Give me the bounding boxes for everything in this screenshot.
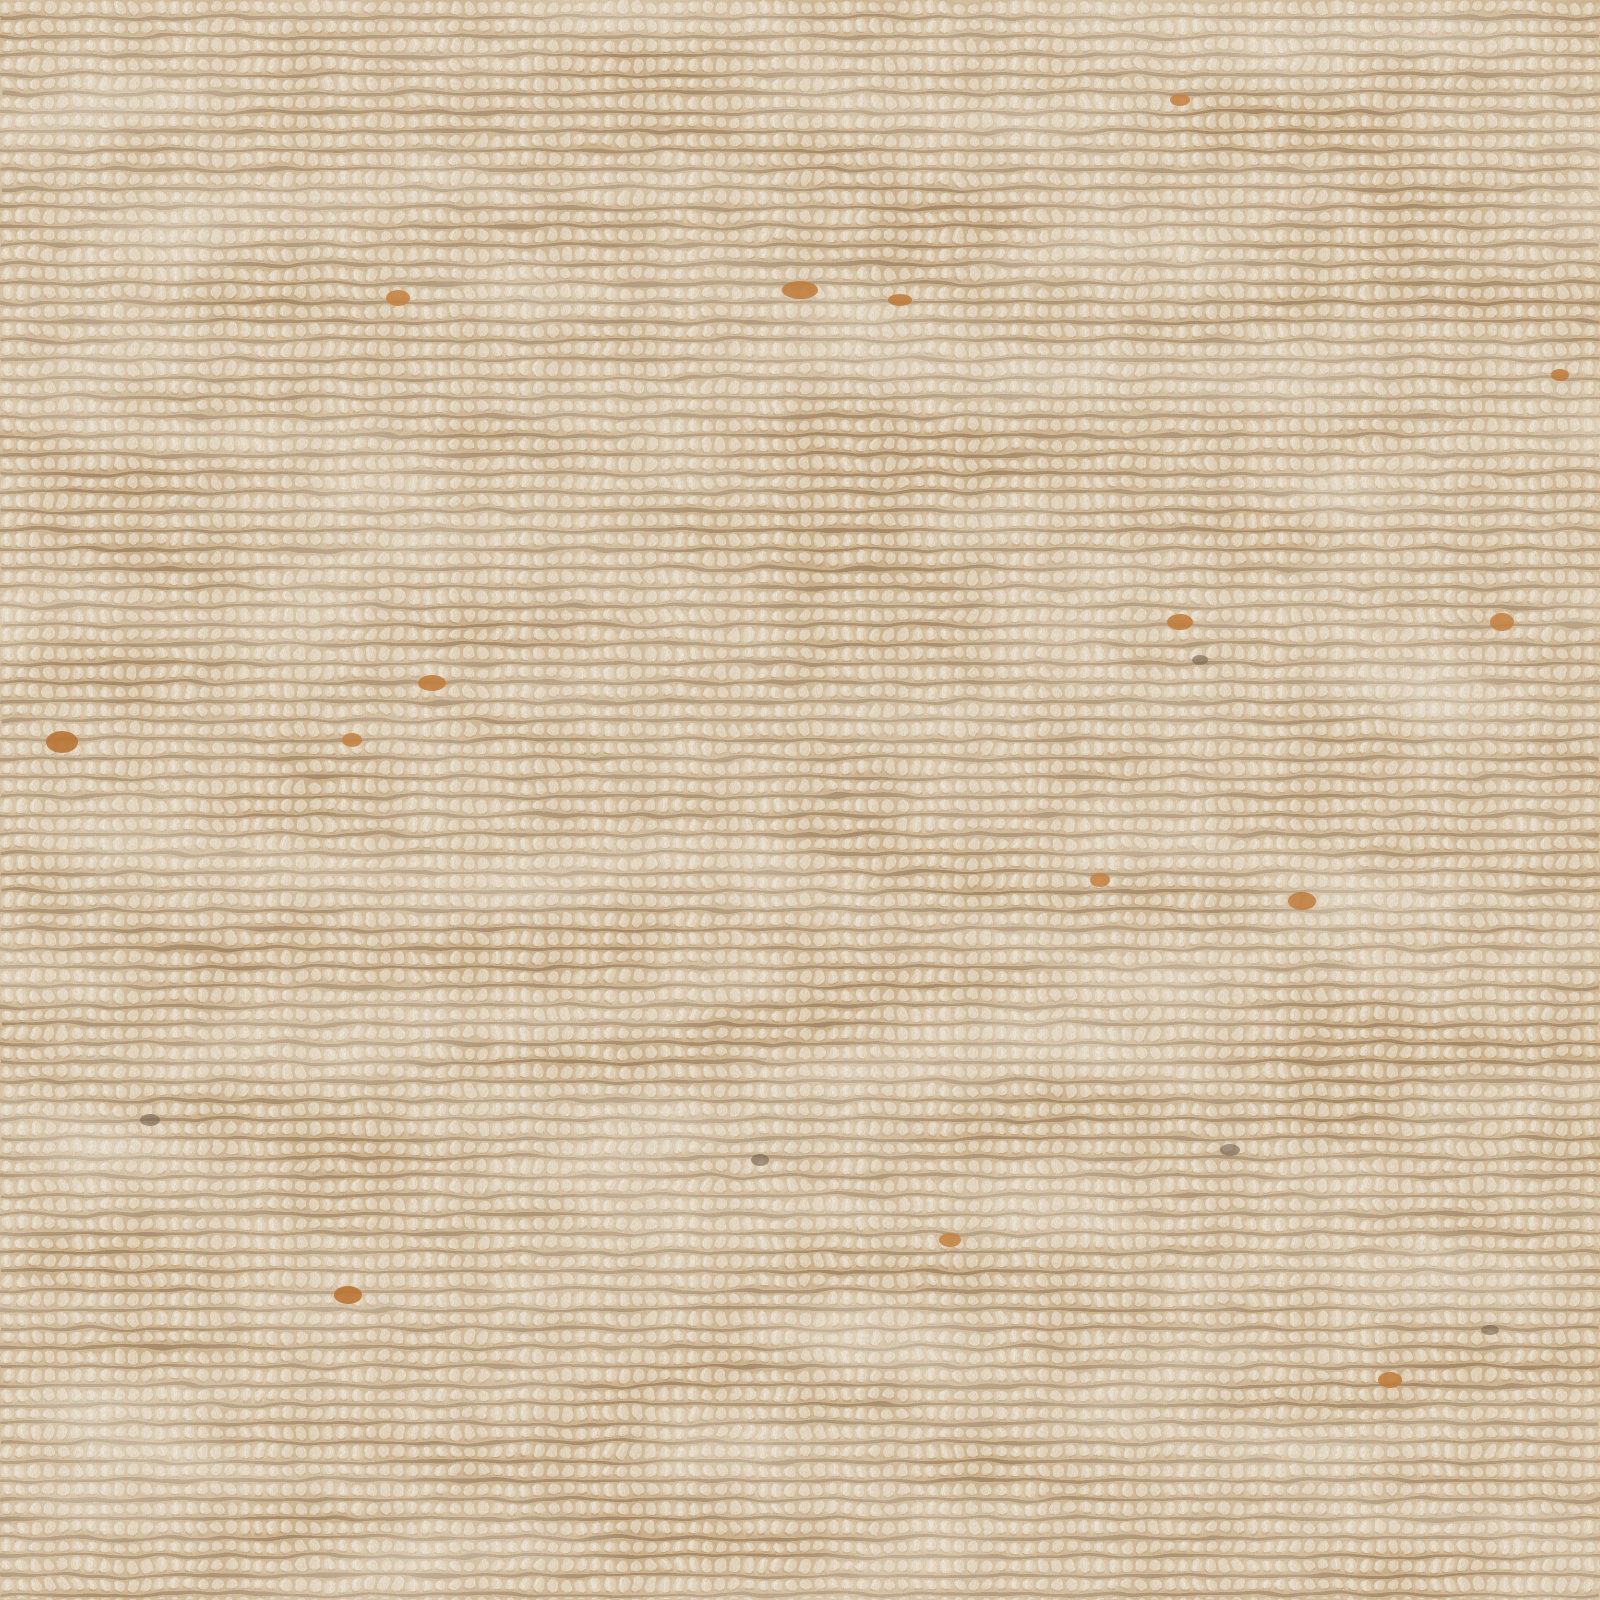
- rug-texture-image: Woven wool/jute rug texture close-up: [0, 0, 1600, 1600]
- woven-texture-pattern: [0, 0, 1600, 1600]
